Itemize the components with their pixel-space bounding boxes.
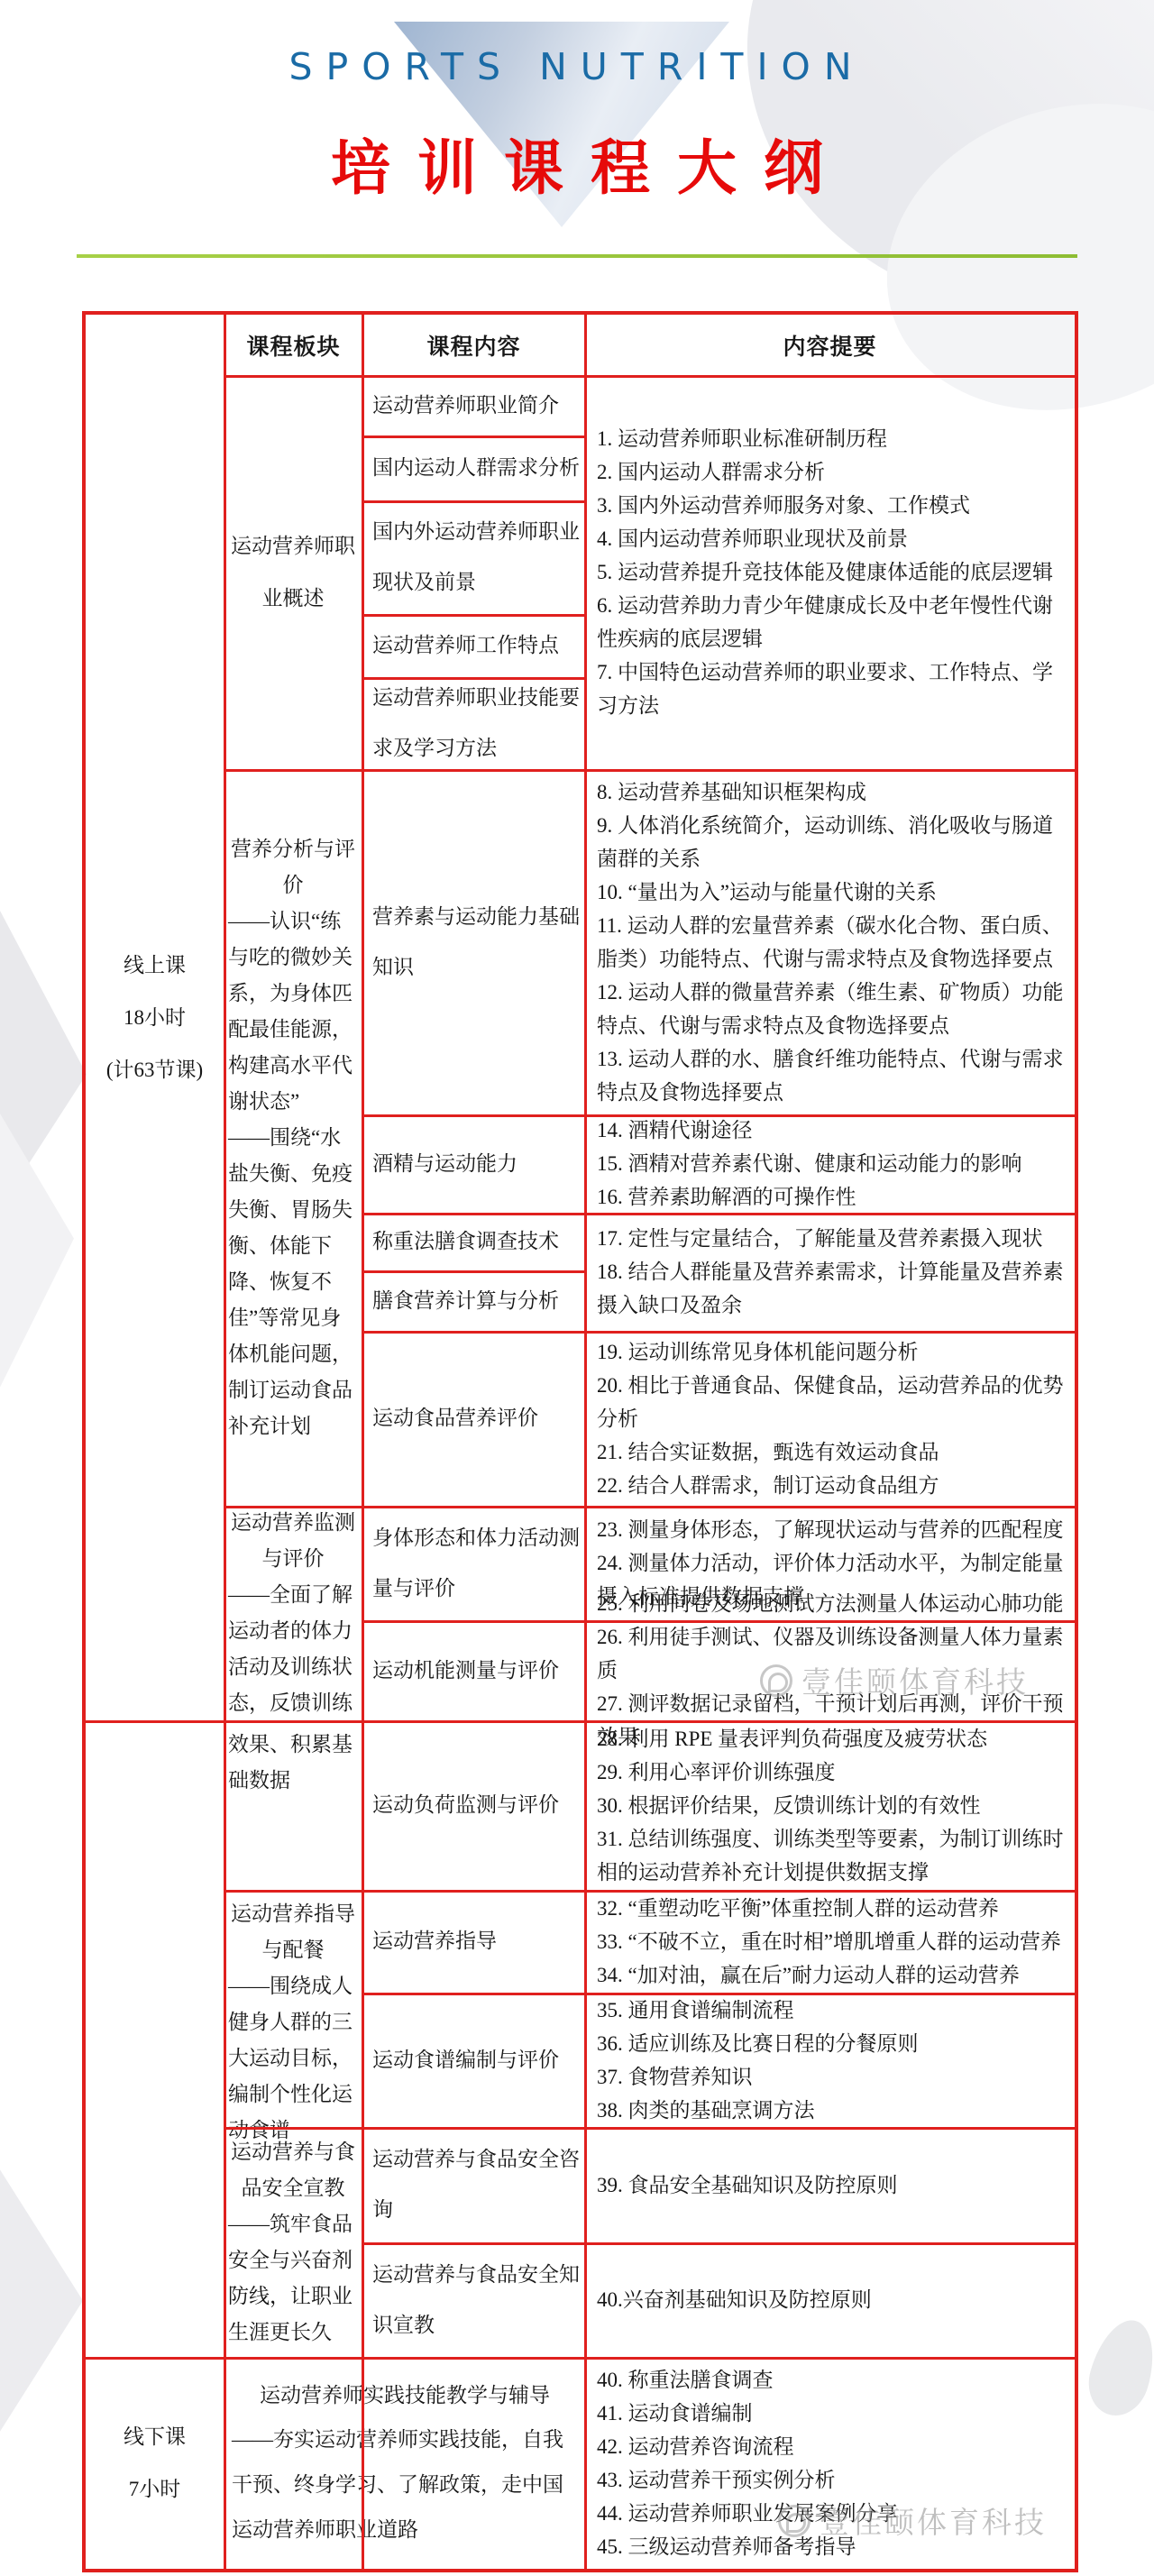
content-label: 酒精与运动能力 <box>372 1139 517 1189</box>
summary-cell: 17. 定性与定量结合，了解能量及营养素摄入现状 18. 结合人群能量及营养素需… <box>585 1214 1075 1330</box>
summary-items: 28. 利用 RPE 量表评判负荷强度及疲劳状态 29. 利用心率评价训练强度 … <box>597 1722 1071 1889</box>
table-grid-line <box>86 1720 1075 1723</box>
content-label: 运动营养师工作特点 <box>372 620 559 671</box>
content-row: 运动食谱编制与评价 <box>362 1994 585 2126</box>
summary-items: 14. 酒精代谢途径 15. 酒精对营养素代谢、健康和运动能力的影响 16. 营… <box>597 1114 1022 1214</box>
left-triangle-decoration <box>0 1114 74 1411</box>
content-label: 运动机能测量与评价 <box>372 1646 559 1696</box>
module-overview: 运动营养师职业概述 <box>224 376 362 768</box>
summary-cell: 19. 运动训练常见身体机能问题分析 20. 相比于普通食品、保健食品，运动营养… <box>585 1332 1075 1505</box>
header-eyebrow: SPORTS NUTRITION <box>0 45 1154 88</box>
module-food-safety: 运动营养与食品安全宣教 ——筑牢食品安全与兴奋剂防线，让职业生涯更长久 <box>224 2128 362 2356</box>
content-label: 营养素与运动能力基础知识 <box>372 892 581 993</box>
summary-cell: 35. 通用食谱编制流程 36. 适应训练及比赛日程的分餐原则 37. 食物营养… <box>585 1994 1075 2126</box>
module-analysis: 营养分析与评价 ——认识“练与吃的微妙关系，为身体匹配最佳能源，构建高水平代谢状… <box>224 770 362 1505</box>
summary-cell: 1. 运动营养师职业标准研制历程 2. 国内运动人群需求分析 3. 国内外运动营… <box>585 376 1075 768</box>
content-row: 运动营养师工作特点 <box>362 615 585 676</box>
table-grid-line <box>224 1890 1075 1893</box>
column-header-label: 课程内容 <box>426 329 520 362</box>
module-title: 运动营养与食品安全宣教 <box>228 2134 358 2206</box>
summary-items: 17. 定性与定量结合，了解能量及营养素摄入现状 18. 结合人群能量及营养素需… <box>597 1222 1071 1322</box>
content-row: 运动营养师职业简介 <box>362 376 585 435</box>
table-grid-line <box>362 614 585 617</box>
module-guidance: 运动营养指导与配餐 ——围绕成人健身人群的三大运动目标，编制个性化运动食谱 <box>224 1891 362 2126</box>
content-label: 运动营养师职业技能要求及学习方法 <box>372 673 581 774</box>
table-grid-line <box>362 1114 1075 1117</box>
table-grid-line <box>224 2127 1075 2130</box>
watermark-logo-icon <box>760 1664 792 1697</box>
table-grid-line <box>362 500 585 503</box>
content-label: 运动营养师职业简介 <box>372 380 559 431</box>
module-title: 运动营养监测与评价 <box>228 1505 358 1577</box>
group-middle-empty <box>86 1721 224 2356</box>
summary-cell: 28. 利用 RPE 量表评判负荷强度及疲劳状态 29. 利用心率评价训练强度 … <box>585 1721 1075 1889</box>
table-grid-line <box>362 1331 1075 1334</box>
content-row: 运动营养与食品安全咨询 <box>362 2128 585 2241</box>
summary-cell: 32. “重塑动吃平衡”体重控制人群的运动营养 33. “不破不立，重在时相”增… <box>585 1891 1075 1992</box>
page-title: 培训课程大纲 <box>0 120 1154 206</box>
column-header-module: 课程板块 <box>224 315 362 375</box>
content-label: 称重法膳食调查技术 <box>372 1216 559 1267</box>
content-label: 膳食营养计算与分析 <box>372 1276 559 1326</box>
watermark-logo-icon <box>778 2505 811 2537</box>
module-body: ——围绕成人健身人群的三大运动目标，编制个性化运动食谱 <box>228 1968 358 2149</box>
table-grid-line <box>362 1620 1075 1623</box>
table-grid-line <box>362 315 364 2569</box>
module-monitoring-continued: 效果、积累基础数据 <box>224 1721 362 1889</box>
module-title: 运动营养指导与配餐 <box>228 1896 358 1968</box>
left-triangle-decoration <box>0 2146 83 2443</box>
summary-cell: 39. 食品安全基础知识及防控原则 <box>585 2128 1075 2241</box>
content-label: 运动营养与食品安全知识宣教 <box>372 2250 581 2351</box>
content-row: 运动营养与食品安全知识宣教 <box>362 2243 585 2356</box>
watermark-text: 壹佳颐体育科技 <box>820 2499 1047 2542</box>
content-row: 膳食营养计算与分析 <box>362 1271 585 1330</box>
module-body: ——认识“练与吃的微妙关系，为身体匹配最佳能源，构建高水平代谢状态” ——围绕“… <box>228 903 358 1444</box>
module-title: 营养分析与评价 <box>228 831 358 903</box>
content-row: 酒精与运动能力 <box>362 1115 585 1212</box>
content-row: 运动机能测量与评价 <box>362 1621 585 1719</box>
table-grid-line <box>362 1270 585 1273</box>
content-label: 运动营养指导 <box>372 1916 497 1966</box>
column-header-label: 内容提要 <box>783 329 876 362</box>
group-online-course: 线上课 18小时 (计63节课) <box>86 315 224 1720</box>
content-row: 运动营养师职业技能要求及学习方法 <box>362 678 585 768</box>
content-label: 运动负荷监测与评价 <box>372 1780 559 1830</box>
document-page: SPORTS NUTRITION 培训课程大纲 课程板块 课程内容 内容提要 线… <box>0 0 1154 2576</box>
summary-items: 1. 运动营养师职业标准研制历程 2. 国内运动人群需求分析 3. 国内外运动营… <box>597 422 1071 722</box>
table-grid-line <box>224 315 226 2569</box>
module-title: 运动营养师实践技能教学与辅导 <box>232 2374 578 2417</box>
module-monitoring: 运动营养监测与评价 ——全面了解运动者的体力活动及训练状态，反馈训练 <box>224 1507 362 1719</box>
watermark-text: 壹佳颐体育科技 <box>801 1659 1029 1701</box>
summary-cell: 40.兴奋剂基础知识及防控原则 <box>585 2243 1075 2356</box>
content-row: 运动营养指导 <box>362 1891 585 1992</box>
summary-items: 40.兴奋剂基础知识及防控原则 <box>597 2283 872 2316</box>
column-header-label: 课程板块 <box>246 329 340 362</box>
table-grid-line <box>224 769 1075 772</box>
summary-cell: 14. 酒精代谢途径 15. 酒精对营养素代谢、健康和运动能力的影响 16. 营… <box>585 1115 1075 1212</box>
content-row: 称重法膳食调查技术 <box>362 1214 585 1270</box>
content-row: 运动负荷监测与评价 <box>362 1721 585 1889</box>
watermark: 壹佳颐体育科技 <box>778 2499 1047 2542</box>
group-offline-course: 线下课 7小时 <box>86 2358 224 2569</box>
table-grid-line <box>584 315 587 2569</box>
module-body: 效果、积累基础数据 <box>228 1727 358 1799</box>
column-header-summary: 内容提要 <box>585 315 1075 375</box>
module-body: ——全面了解运动者的体力活动及训练状态，反馈训练 <box>228 1577 358 1721</box>
watermark: 壹佳颐体育科技 <box>760 1659 1029 1701</box>
right-teardrop-decoration <box>1080 2313 1154 2423</box>
table-grid-line <box>224 375 1075 378</box>
content-label: 运动营养与食品安全咨询 <box>372 2134 581 2235</box>
table-grid-line <box>362 1993 1075 1995</box>
table-grid-line <box>362 677 585 680</box>
table-grid-line <box>86 2357 1075 2360</box>
content-row: 国内外运动营养师职业现状及前景 <box>362 501 585 613</box>
content-row: 营养素与运动能力基础知识 <box>362 770 585 1114</box>
module-body: ——筑牢食品安全与兴奋剂防线，让职业生涯更长久 <box>228 2206 358 2351</box>
content-row: 运动食品营养评价 <box>362 1332 585 1505</box>
course-outline-table: 课程板块 课程内容 内容提要 线上课 18小时 (计63节课) 线下课 7小时 … <box>82 311 1078 2572</box>
table-grid-line <box>362 2242 1075 2245</box>
summary-items: 32. “重塑动吃平衡”体重控制人群的运动营养 33. “不破不立，重在时相”增… <box>597 1892 1061 1992</box>
summary-cell: 8. 运动营养基础知识框架构成 9. 人体消化系统简介，运动训练、消化吸收与肠道… <box>585 770 1075 1114</box>
content-row: 身体形态和体力活动测量与评价 <box>362 1507 585 1619</box>
summary-items: 35. 通用食谱编制流程 36. 适应训练及比赛日程的分餐原则 37. 食物营养… <box>597 1994 919 2127</box>
content-label: 运动食品营养评价 <box>372 1393 538 1444</box>
column-header-content: 课程内容 <box>362 315 585 375</box>
table-grid-line <box>224 1506 1075 1508</box>
module-practice-merged: 运动营养师实践技能教学与辅导 ——夯实运动营养师实践技能，自我干预、终身学习、了… <box>224 2358 585 2569</box>
summary-items: 8. 运动营养基础知识框架构成 9. 人体消化系统简介，运动训练、消化吸收与肠道… <box>597 775 1071 1109</box>
content-label: 运动食谱编制与评价 <box>372 2035 559 2086</box>
content-label: 国内运动人群需求分析 <box>372 443 580 493</box>
content-label: 身体形态和体力活动测量与评价 <box>372 1513 581 1614</box>
header-divider-line <box>77 254 1077 258</box>
summary-items: 39. 食品安全基础知识及防控原则 <box>597 2168 898 2202</box>
table-grid-line <box>362 435 585 438</box>
content-label: 国内外运动营养师职业现状及前景 <box>372 507 581 608</box>
module-title: 运动营养师职业概述 <box>228 520 358 625</box>
table-grid-line <box>362 1213 1075 1215</box>
summary-items: 19. 运动训练常见身体机能问题分析 20. 相比于普通食品、保健食品，运动营养… <box>597 1335 1071 1502</box>
content-row: 国内运动人群需求分析 <box>362 436 585 500</box>
module-body: ——夯实运动营养师实践技能，自我干预、终身学习、了解政策，走中国运动营养师职业道… <box>232 2417 578 2553</box>
